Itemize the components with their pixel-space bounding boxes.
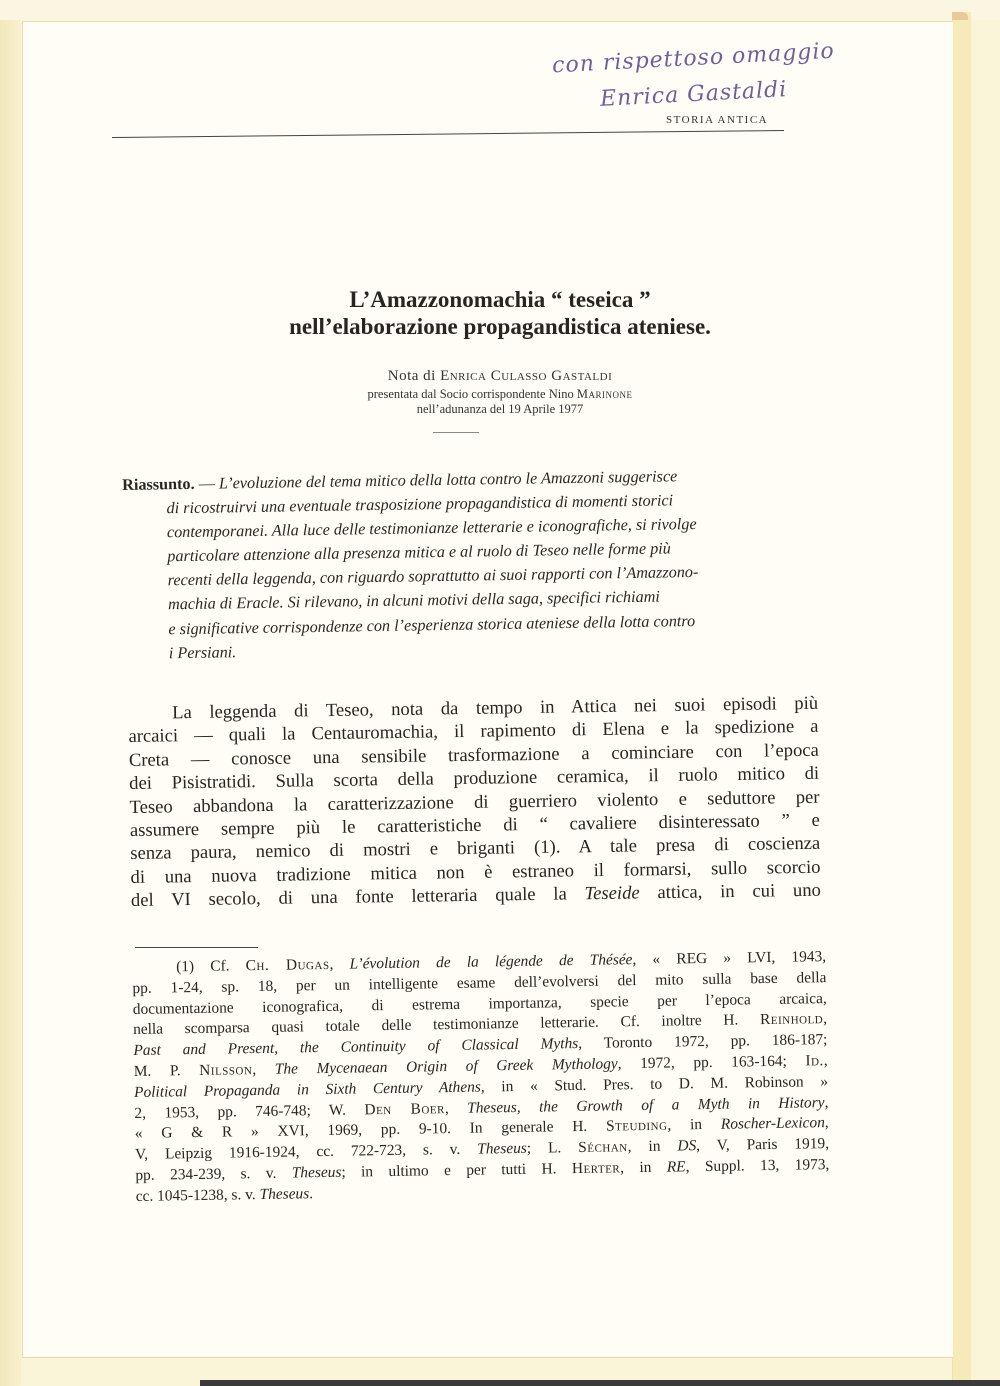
article-title-line2: nell’elaborazione propagandistica atenie…	[150, 314, 850, 340]
abstract: Riassunto. — L’evoluzione del tema mitic…	[122, 462, 815, 666]
author-name: Enrica Culasso Gastaldi	[440, 368, 612, 384]
scanner-bottom-edge	[200, 1380, 1000, 1386]
byline-prefix: Nota di	[388, 368, 440, 384]
presenter-surname: Marinone	[577, 387, 633, 401]
footnote-rule	[135, 947, 258, 948]
backing-corner	[952, 12, 968, 20]
backing-top-edge	[0, 0, 1000, 20]
body-paragraph: La leggenda di Teseo, nota da tempo in A…	[128, 692, 821, 913]
teseide-title: Teseide	[584, 883, 639, 905]
article-title-line1: L’Amazzonomachia “ teseica ”	[150, 287, 850, 313]
abstract-label: Riassunto.	[122, 475, 195, 494]
backing-right-edge	[952, 12, 971, 1380]
footnote-1: (1) Cf. Ch. Dugas, L’évolution de la lég…	[132, 947, 830, 1207]
byline-meeting-date: nell’adunanza del 19 Aprile 1977	[150, 402, 850, 417]
byline-presenter: presentata dal Socio corrispondente Nino…	[150, 387, 850, 402]
byline-author: Nota di Enrica Culasso Gastaldi	[150, 368, 850, 385]
title-separator-rule	[433, 432, 479, 433]
abstract-dash: —	[194, 474, 219, 492]
presenter-prefix: presentata dal Socio corrispondente Nino	[368, 387, 577, 401]
section-label: STORIA ANTICA	[666, 114, 768, 126]
